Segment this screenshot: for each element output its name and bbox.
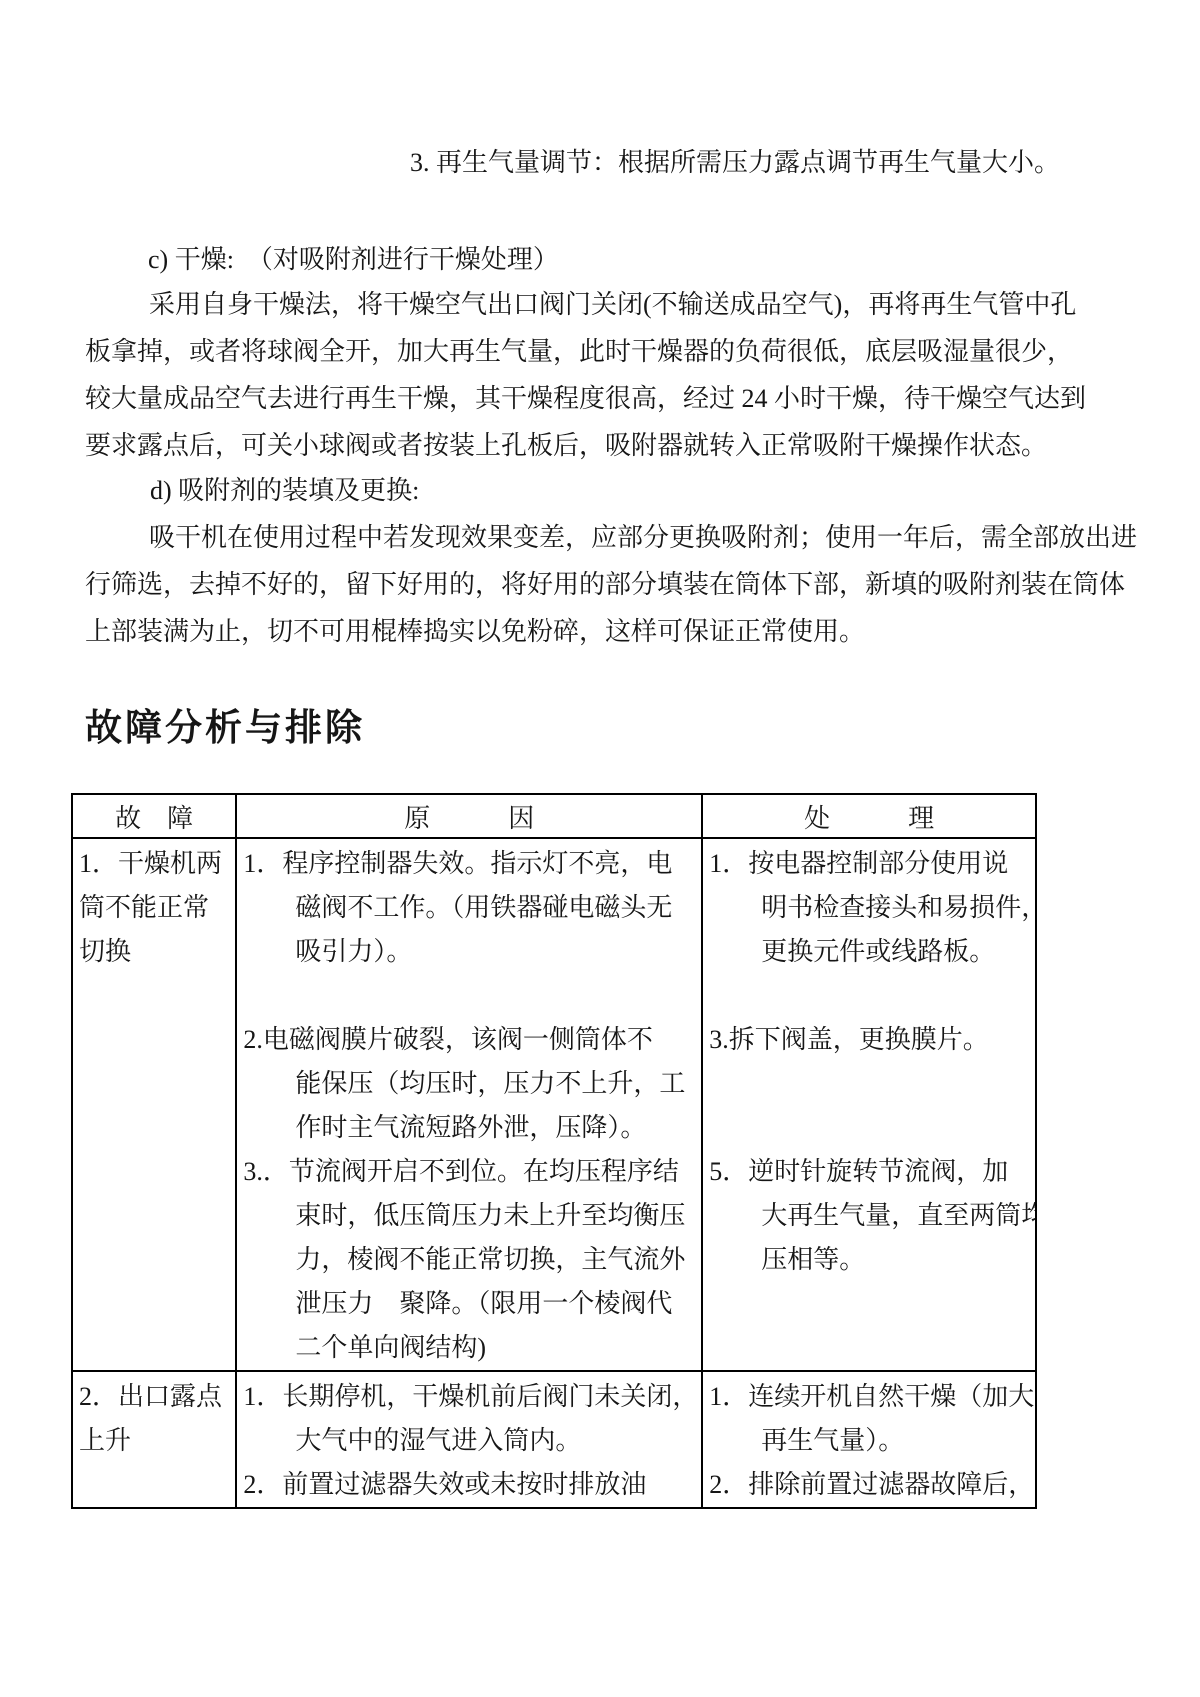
fault-cell: 1．干燥机两 筒不能正常 切换: [72, 838, 236, 1371]
cell-line: 大气中的湿气进入筒内。: [243, 1419, 699, 1463]
remedy-cell: 1．连续开机自然干燥（加大 再生气量）。 2．排除前置过滤器故障后，: [702, 1371, 1036, 1508]
cell-line: 力，棱阀不能正常切换，主气流外: [243, 1238, 699, 1282]
cell-line: 压相等。: [709, 1238, 1033, 1282]
cell-line: 2．出口露点: [79, 1375, 233, 1419]
section-c-heading: c) 干燥: （对吸附剂进行干燥处理）: [148, 238, 559, 282]
cell-line: [709, 974, 1033, 1018]
document-page: { "doc": { "intro": "3. 再生气量调节：根据所需压力露点调…: [0, 0, 1200, 1697]
fault-analysis-title: 故障分析与排除: [85, 697, 365, 751]
cell-line: 5．逆时针旋转节流阀，加: [709, 1150, 1033, 1194]
table-row: 1．干燥机两 筒不能正常 切换 1．程序控制器失效。指示灯不亮，电 磁阀不工作。…: [72, 838, 1036, 1371]
header-fault: 故 障: [72, 794, 236, 838]
cell-line: 吸引力）。: [243, 930, 699, 974]
cell-line: 2.电磁阀膜片破裂，该阀一侧筒体不: [243, 1018, 699, 1062]
cell-line: [243, 974, 699, 1018]
paragraph-line: 上部装满为止，切不可用棍棒捣实以免粉碎，这样可保证正常使用。: [85, 608, 1137, 655]
paragraph-c: 采用自身干燥法，将干燥空气出口阀门关闭(不输送成品空气)，再将再生气管中孔 板拿…: [85, 281, 1086, 469]
cell-line: 切换: [79, 930, 233, 974]
cell-line: 磁阀不工作。（用铁器碰电磁头无: [243, 886, 699, 930]
fault-table-header-row: 故 障 原 因 处 理: [72, 794, 1036, 838]
cause-cell: 1．长期停机，干燥机前后阀门未关闭， 大气中的湿气进入筒内。 2．前置过滤器失效…: [236, 1371, 702, 1508]
paragraph-line: 要求露点后，可关小球阀或者按装上孔板后，吸附器就转入正常吸附干燥操作状态。: [85, 422, 1086, 469]
cell-line: 更换元件或线路板。: [709, 930, 1033, 974]
paragraph-line: 吸干机在使用过程中若发现效果变差，应部分更换吸附剂；使用一年后，需全部放出进: [85, 514, 1137, 561]
cell-line: 能保压（均压时，压力不上升，工: [243, 1062, 699, 1106]
cell-line: 2．排除前置过滤器故障后，: [709, 1463, 1033, 1507]
cell-line: 1．长期停机，干燥机前后阀门未关闭，: [243, 1375, 699, 1419]
cell-line: [709, 1062, 1033, 1106]
paragraph-line: 较大量成品空气去进行再生干燥，其干燥程度很高，经过 24 小时干燥，待干燥空气达…: [85, 375, 1086, 422]
paragraph-line: 采用自身干燥法，将干燥空气出口阀门关闭(不输送成品空气)，再将再生气管中孔: [85, 281, 1086, 328]
cell-line: 泄压力 聚降。（限用一个棱阀代: [243, 1282, 699, 1326]
cell-line: 作时主气流短路外泄，压降）。: [243, 1106, 699, 1150]
cell-line: 筒不能正常: [79, 886, 233, 930]
fault-cell: 2．出口露点 上升: [72, 1371, 236, 1508]
cell-line: 3.．节流阀开启不到位。在均压程序结: [243, 1150, 699, 1194]
cell-line: 1．程序控制器失效。指示灯不亮，电: [243, 842, 699, 886]
header-remedy: 处 理: [702, 794, 1036, 838]
paragraph-d: 吸干机在使用过程中若发现效果变差，应部分更换吸附剂；使用一年后，需全部放出进 行…: [85, 514, 1137, 655]
paragraph-line: 行筛选，去掉不好的，留下好用的，将好用的部分填装在筒体下部，新填的吸附剂装在筒体: [85, 561, 1137, 608]
section-d-heading: d) 吸附剂的装填及更换:: [150, 469, 419, 513]
cell-line: 大再生气量，直至两筒均: [709, 1194, 1033, 1238]
paragraph-line: 板拿掉，或者将球阀全开，加大再生气量，此时干燥器的负荷很低，底层吸湿量很少，: [85, 328, 1086, 375]
cell-line: 2．前置过滤器失效或未按时排放油: [243, 1463, 699, 1507]
cell-line: 上升: [79, 1419, 233, 1463]
table-row: 2．出口露点 上升 1．长期停机，干燥机前后阀门未关闭， 大气中的湿气进入筒内。…: [72, 1371, 1036, 1508]
intro-line: 3. 再生气量调节：根据所需压力露点调节再生气量大小。: [410, 141, 1060, 185]
cell-line: 1．干燥机两: [79, 842, 233, 886]
cell-line: 1．按电器控制部分使用说: [709, 842, 1033, 886]
cell-line: 束时，低压筒压力未上升至均衡压: [243, 1194, 699, 1238]
cell-line: 1．连续开机自然干燥（加大: [709, 1375, 1033, 1419]
cause-cell: 1．程序控制器失效。指示灯不亮，电 磁阀不工作。（用铁器碰电磁头无 吸引力）。 …: [236, 838, 702, 1371]
cell-line: 二个单向阀结构): [243, 1326, 699, 1370]
header-cause: 原 因: [236, 794, 702, 838]
cell-line: 再生气量）。: [709, 1419, 1033, 1463]
cell-line: 明书检查接头和易损件，: [709, 886, 1033, 930]
fault-table: 故 障 原 因 处 理 1．干燥机两 筒不能正常 切换 1．程序控制器失效。指示…: [71, 793, 1037, 1509]
cell-line: [709, 1106, 1033, 1150]
cell-line: 3.拆下阀盖，更换膜片。: [709, 1018, 1033, 1062]
remedy-cell: 1．按电器控制部分使用说 明书检查接头和易损件， 更换元件或线路板。 3.拆下阀…: [702, 838, 1036, 1371]
